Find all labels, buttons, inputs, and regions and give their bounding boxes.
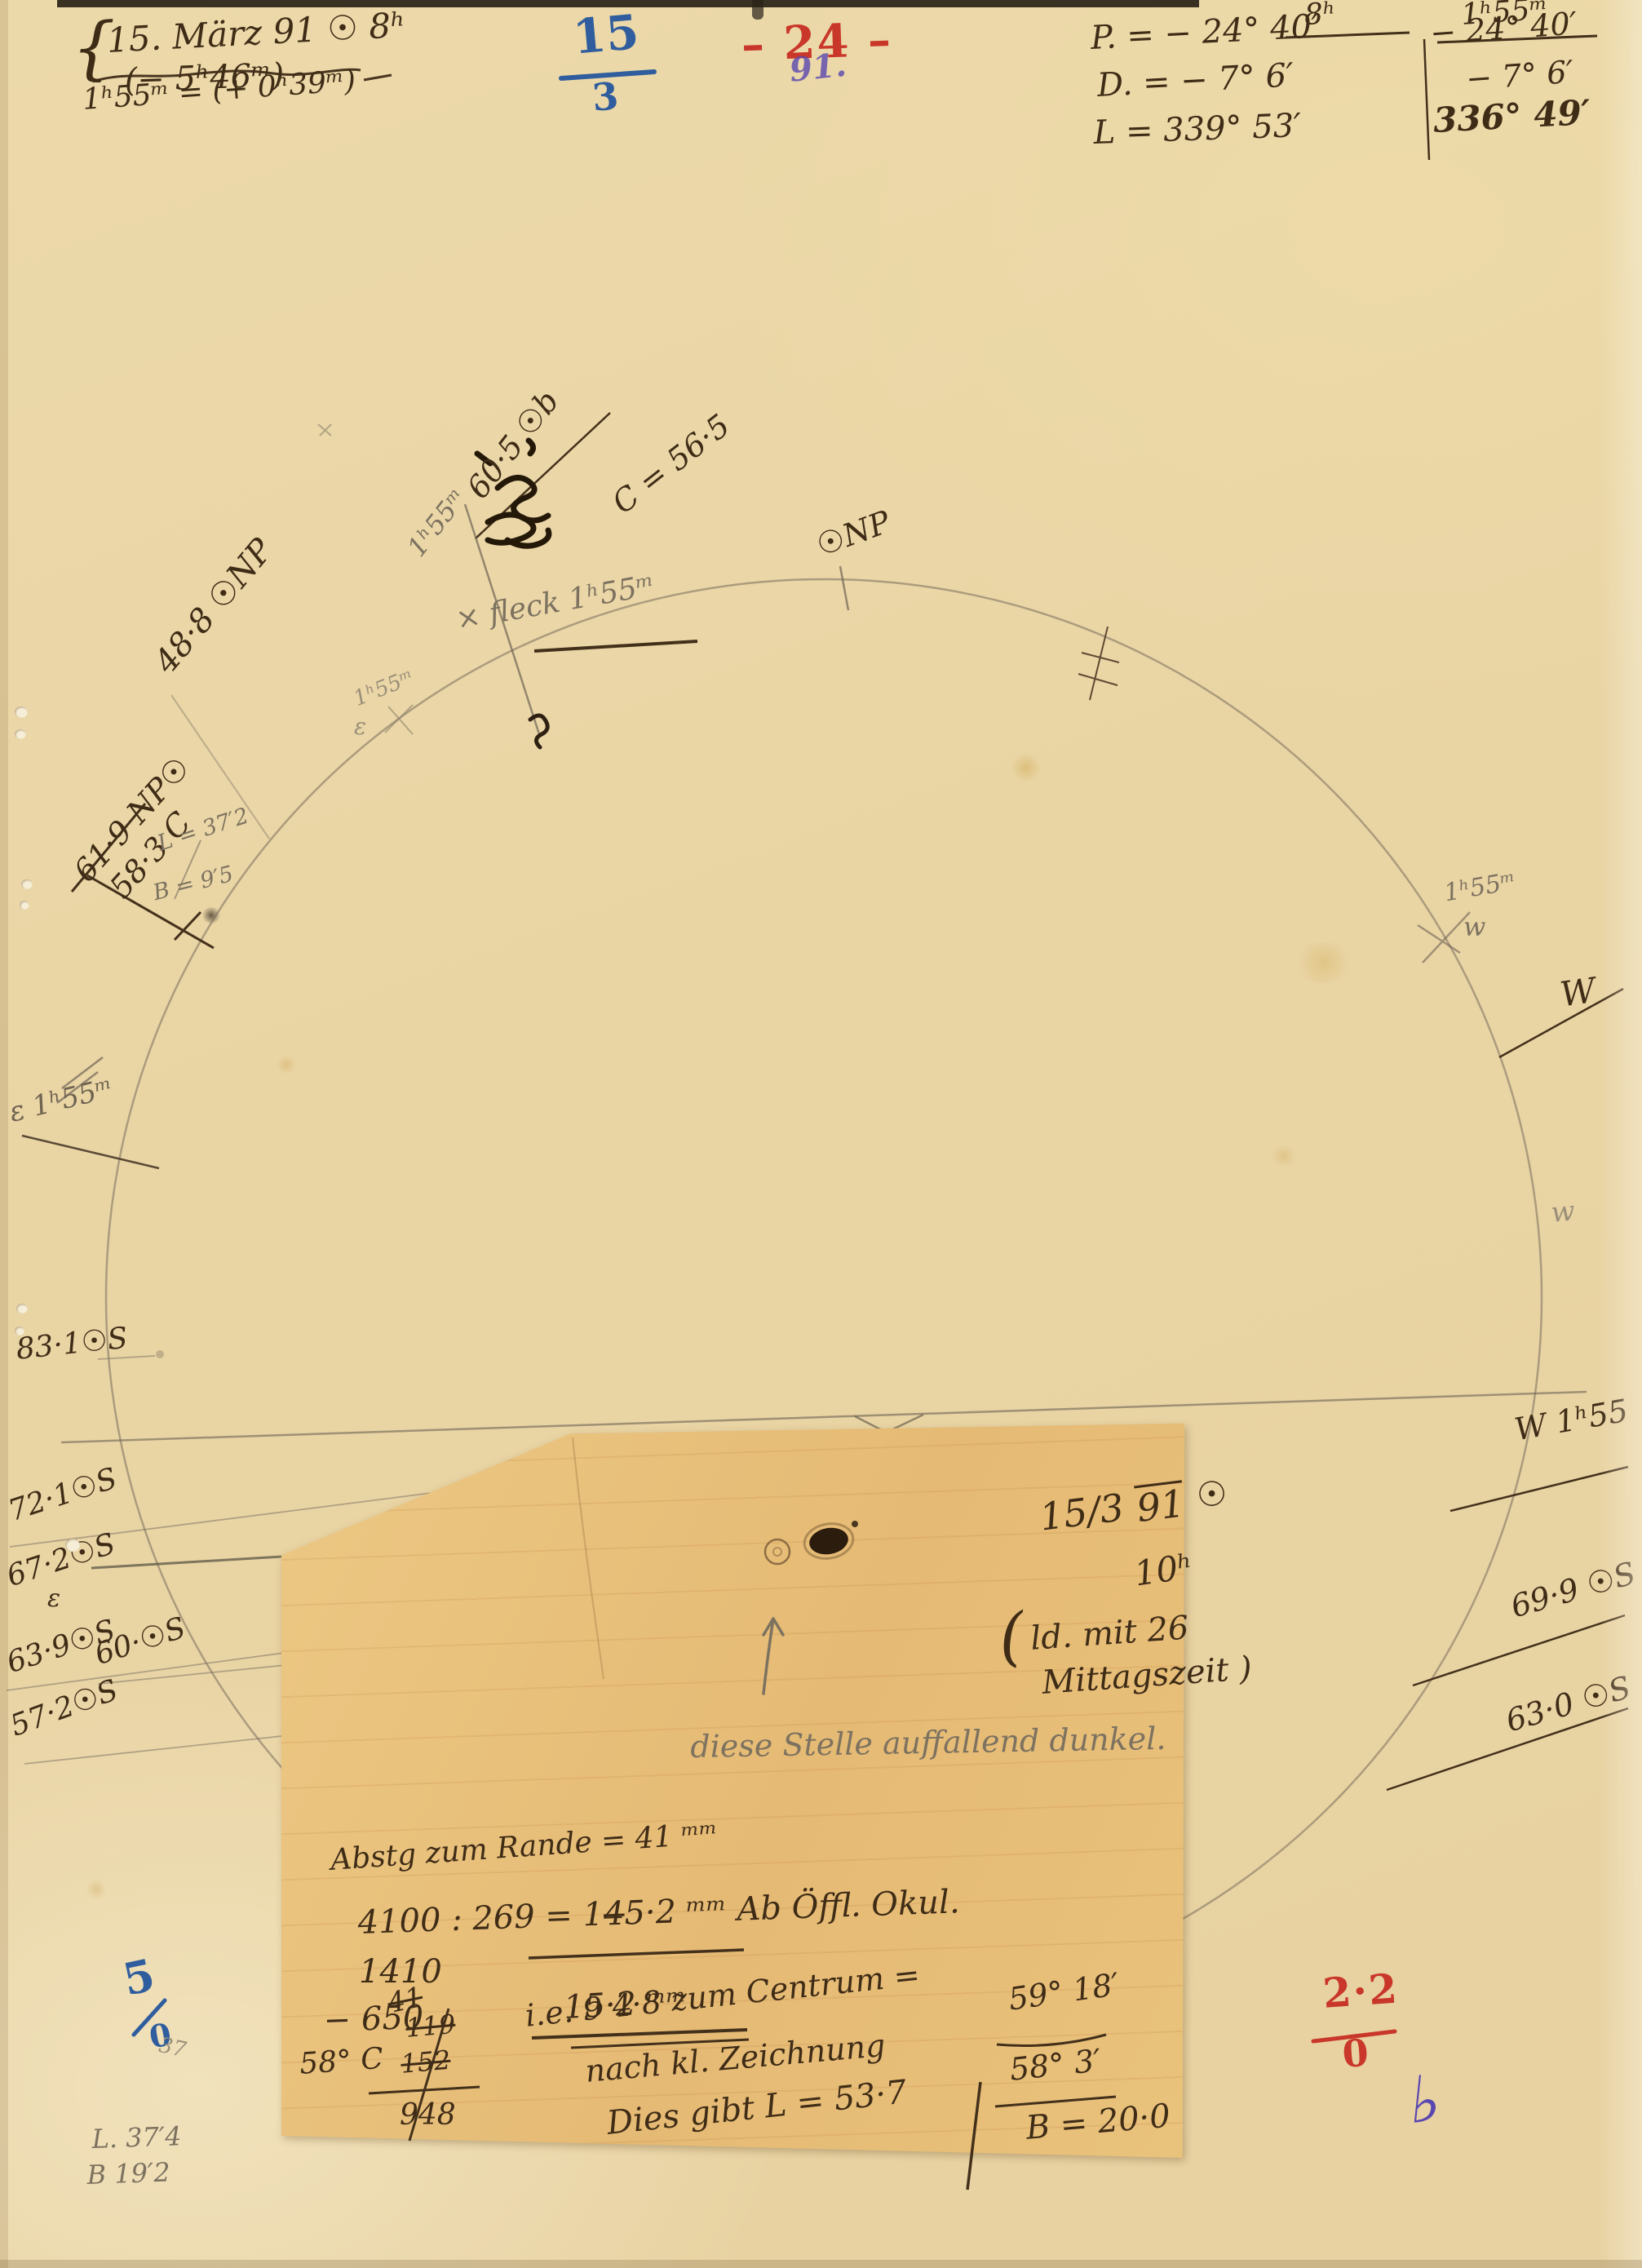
stamp-year: 91. <box>788 48 848 88</box>
paper-chip <box>65 1539 80 1552</box>
page-edge-bottom <box>0 2260 1642 2268</box>
right-west-label: W <box>1558 972 1598 1013</box>
blue-fraction-denominator: 3 <box>591 76 620 117</box>
note-time: 10ʰ <box>1132 1548 1195 1592</box>
punch-hole <box>15 1327 24 1336</box>
ephemeris-l-label: L = 339° 53′ <box>1093 109 1302 150</box>
calc-frac-bottom: 948 <box>400 2100 456 2131</box>
note-paren: ( <box>997 1604 1026 1672</box>
sun-symbol: ☉ <box>1194 1475 1229 1514</box>
result-divider-bar <box>967 2082 980 2190</box>
calc-frac-mid: 152 <box>400 2047 452 2079</box>
right-w-small-label: w <box>1463 914 1485 941</box>
arrow-up <box>763 1619 783 1694</box>
red-fraction-den: 0 <box>1341 2033 1371 2075</box>
calc-frac-top: 119 <box>405 2011 457 2043</box>
ne-small-eps-label: ε <box>354 715 366 738</box>
calc-division-struck: 4 <box>603 1895 625 1934</box>
pencil-37: 37 <box>157 2035 188 2062</box>
ephemeris-l-col2: 336° 49′ <box>1432 95 1591 139</box>
punch-hole <box>15 729 26 739</box>
punch-hole <box>16 1304 28 1313</box>
slip-detail-layer <box>0 0 1642 2268</box>
slip-sunspot-drawing <box>765 1520 858 1564</box>
observation-sheet: { 15. März 91 ☉ 8ʰ (− 5ʰ46ᵐ) 1ʰ55ᵐ = (+ … <box>0 0 1642 2268</box>
page-edge-right <box>1600 0 1642 2268</box>
underline-1452 <box>529 1950 744 1958</box>
page-edge-left <box>0 0 8 2268</box>
ephemeris-d-col2: − 7° 6′ <box>1465 56 1574 96</box>
pencil-b-value: B 19′2 <box>86 2159 170 2189</box>
punch-hole <box>15 707 28 718</box>
pencil-l-value: L. 37′4 <box>91 2123 182 2153</box>
red-fraction-num: 2·2 <box>1321 1968 1400 2016</box>
calc-58c: 58° C <box>299 2044 384 2080</box>
scan-edge-mark <box>752 0 763 20</box>
scan-edge-top <box>57 0 1199 7</box>
right-w-small2-label: w <box>1550 1197 1576 1228</box>
underline-152-a <box>532 2030 747 2038</box>
note-year: 91 <box>1134 1480 1186 1528</box>
calc-1410: 1410 <box>359 1955 442 1989</box>
punch-hole <box>20 901 29 910</box>
left-eps-label: ε <box>47 1586 60 1612</box>
note-date: 15/3 <box>1038 1487 1126 1537</box>
blue-fraction-numerator: 15 <box>571 7 641 63</box>
slip-crease <box>573 1437 604 1679</box>
punch-hole <box>21 879 33 889</box>
